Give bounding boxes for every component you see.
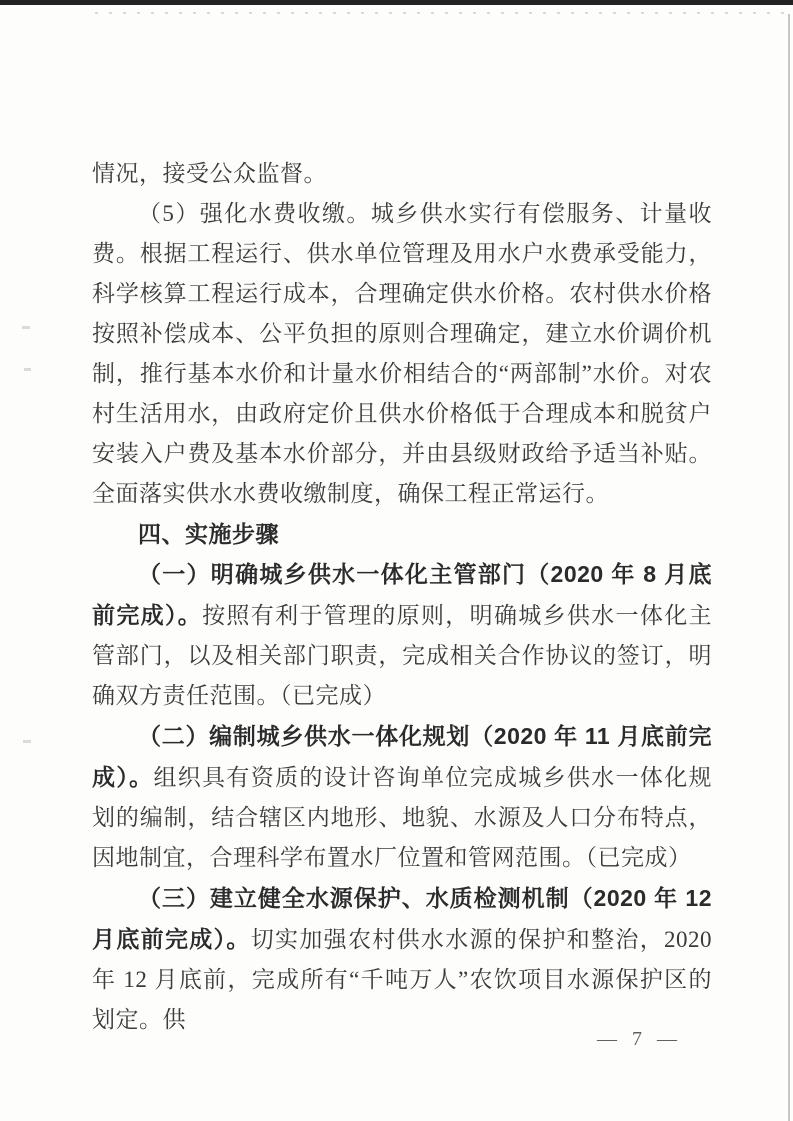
numbered-item-2-body: 组织具有资质的设计咨询单位完成城乡供水一体化规划的编制，结合辖区内地形、地貌、水… (92, 765, 712, 870)
scan-artifact (23, 740, 31, 743)
section-heading-implementation-steps: 四、实施步骤 (92, 514, 712, 554)
scan-artifact (24, 368, 31, 371)
page-number: — 7 — (597, 1028, 682, 1051)
scan-artifact (22, 326, 30, 329)
numbered-item-2: （二）编制城乡供水一体化规划（2020 年 11 月底前完成）。组织具有资质的设… (92, 716, 712, 878)
scan-edge-top (0, 0, 793, 5)
paragraph-water-fee: （5）强化水费收缴。城乡供水实行有偿服务、计量收费。根据工程运行、供水单位管理及… (92, 194, 712, 514)
document-page: 情况，接受公众监督。 （5）强化水费收缴。城乡供水实行有偿服务、计量收费。根据工… (0, 0, 793, 1121)
document-content: 情况，接受公众监督。 （5）强化水费收缴。城乡供水实行有偿服务、计量收费。根据工… (92, 154, 712, 1040)
scan-noise-line (95, 12, 785, 14)
page-footer: — 7 — (0, 1028, 793, 1058)
numbered-item-3: （三）建立健全水源保护、水质检测机制（2020 年 12 月底前完成）。切实加强… (92, 878, 712, 1040)
numbered-item-1: （一）明确城乡供水一体化主管部门（2020 年 8 月底前完成）。按照有利于管理… (92, 554, 712, 716)
paragraph-continuation: 情况，接受公众监督。 (92, 154, 712, 194)
scan-edge-right (788, 14, 790, 1121)
